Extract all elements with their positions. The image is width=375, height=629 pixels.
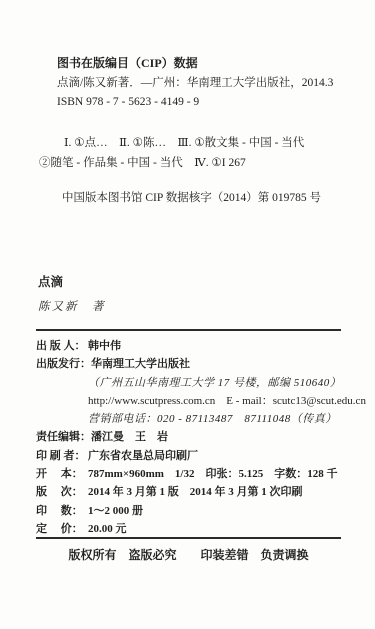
pub-row-address: （广州五山华南理工大学 17 号楼，邮编 510640） — [36, 374, 365, 392]
pub-value: 潘江曼 王 岩 — [91, 428, 168, 446]
pub-value: 787mm×960mm 1/32 印张：5.125 字数：128 千 — [88, 465, 337, 483]
pub-row-publisher-name: 出 版 人： 韩中伟 — [36, 337, 365, 355]
cip-isbn: ISBN 978 - 7 - 5623 - 4149 - 9 — [57, 93, 361, 113]
pub-row-edition: 版 次： 2014 年 3 月第 1 版 2014 年 3 月第 1 次印刷 — [36, 483, 365, 501]
title-block: 点滴 陈又新 著 — [38, 272, 106, 316]
cip-block: 图书在版编目（CIP）数据 点滴/陈又新著．—广州：华南理工大学出版社，2014… — [57, 54, 361, 113]
pub-row-format: 开 本： 787mm×960mm 1/32 印张：5.125 字数：128 千 — [36, 465, 365, 483]
pub-value: 韩中伟 — [88, 337, 121, 355]
pub-row-phone: 营销部电话：020 - 87113487 87111048（传真） — [36, 410, 365, 428]
pub-row-price: 定 价： 20.00 元 — [36, 520, 365, 538]
divider-top — [36, 329, 341, 331]
cip-classification-line2: ②随笔 - 作品集 - 中国 - 当代 Ⅳ. ①I 267 — [39, 153, 363, 173]
pub-label: 定 价： — [36, 520, 88, 538]
pub-row-print-run: 印 数： 1～2 000 册 — [36, 502, 365, 520]
book-title: 点滴 — [38, 272, 106, 292]
pub-value: 2014 年 3 月第 1 版 2014 年 3 月第 1 次印刷 — [88, 483, 303, 501]
cip-classification-line1: Ⅰ. ①点… Ⅱ. ①陈… Ⅲ. ①散文集 - 中国 - 当代 — [39, 133, 363, 153]
pub-row-website-email: http://www.scutpress.com.cn E - mail：scu… — [36, 392, 365, 410]
book-author: 陈又新 著 — [38, 298, 106, 316]
pub-value: （广州五山华南理工大学 17 号楼，邮编 510640） — [88, 374, 341, 392]
pub-label: 出版发行： — [36, 355, 91, 373]
pub-row-publisher: 出版发行： 华南理工大学出版社 — [36, 355, 365, 373]
pub-value: 广东省农垦总局印刷厂 — [88, 447, 198, 465]
pub-label: 版 次： — [36, 483, 88, 501]
cip-record-number: 中国版本图书馆 CIP 数据核字（2014）第 019785 号 — [62, 188, 321, 208]
copyright-notice: 版权所有 盗版必究 印装差错 负责调换 — [36, 546, 341, 564]
publication-info: 出 版 人： 韩中伟 出版发行： 华南理工大学出版社 （广州五山华南理工大学 1… — [36, 337, 365, 538]
pub-label: 印 刷 者： — [36, 447, 88, 465]
pub-row-printer: 印 刷 者： 广东省农垦总局印刷厂 — [36, 447, 365, 465]
pub-label: 出 版 人： — [36, 337, 88, 355]
pub-label: 印 数： — [36, 502, 88, 520]
divider-bottom — [36, 537, 341, 539]
cip-description: 点滴/陈又新著．—广州：华南理工大学出版社，2014.3 — [57, 74, 361, 94]
cip-classification: Ⅰ. ①点… Ⅱ. ①陈… Ⅲ. ①散文集 - 中国 - 当代 ②随笔 - 作品… — [39, 133, 363, 173]
pub-row-editor: 责任编辑： 潘江曼 王 岩 — [36, 428, 365, 446]
pub-value: 华南理工大学出版社 — [91, 355, 190, 373]
pub-value: 营销部电话：020 - 87113487 87111048（传真） — [88, 410, 337, 428]
pub-label: 开 本： — [36, 465, 88, 483]
pub-value: 1～2 000 册 — [88, 502, 143, 520]
pub-value: http://www.scutpress.com.cn E - mail：scu… — [88, 392, 366, 410]
pub-value: 20.00 元 — [88, 520, 127, 538]
pub-label: 责任编辑： — [36, 428, 91, 446]
book-copyright-page: 图书在版编目（CIP）数据 点滴/陈又新著．—广州：华南理工大学出版社，2014… — [0, 0, 375, 629]
cip-heading: 图书在版编目（CIP）数据 — [57, 54, 361, 74]
